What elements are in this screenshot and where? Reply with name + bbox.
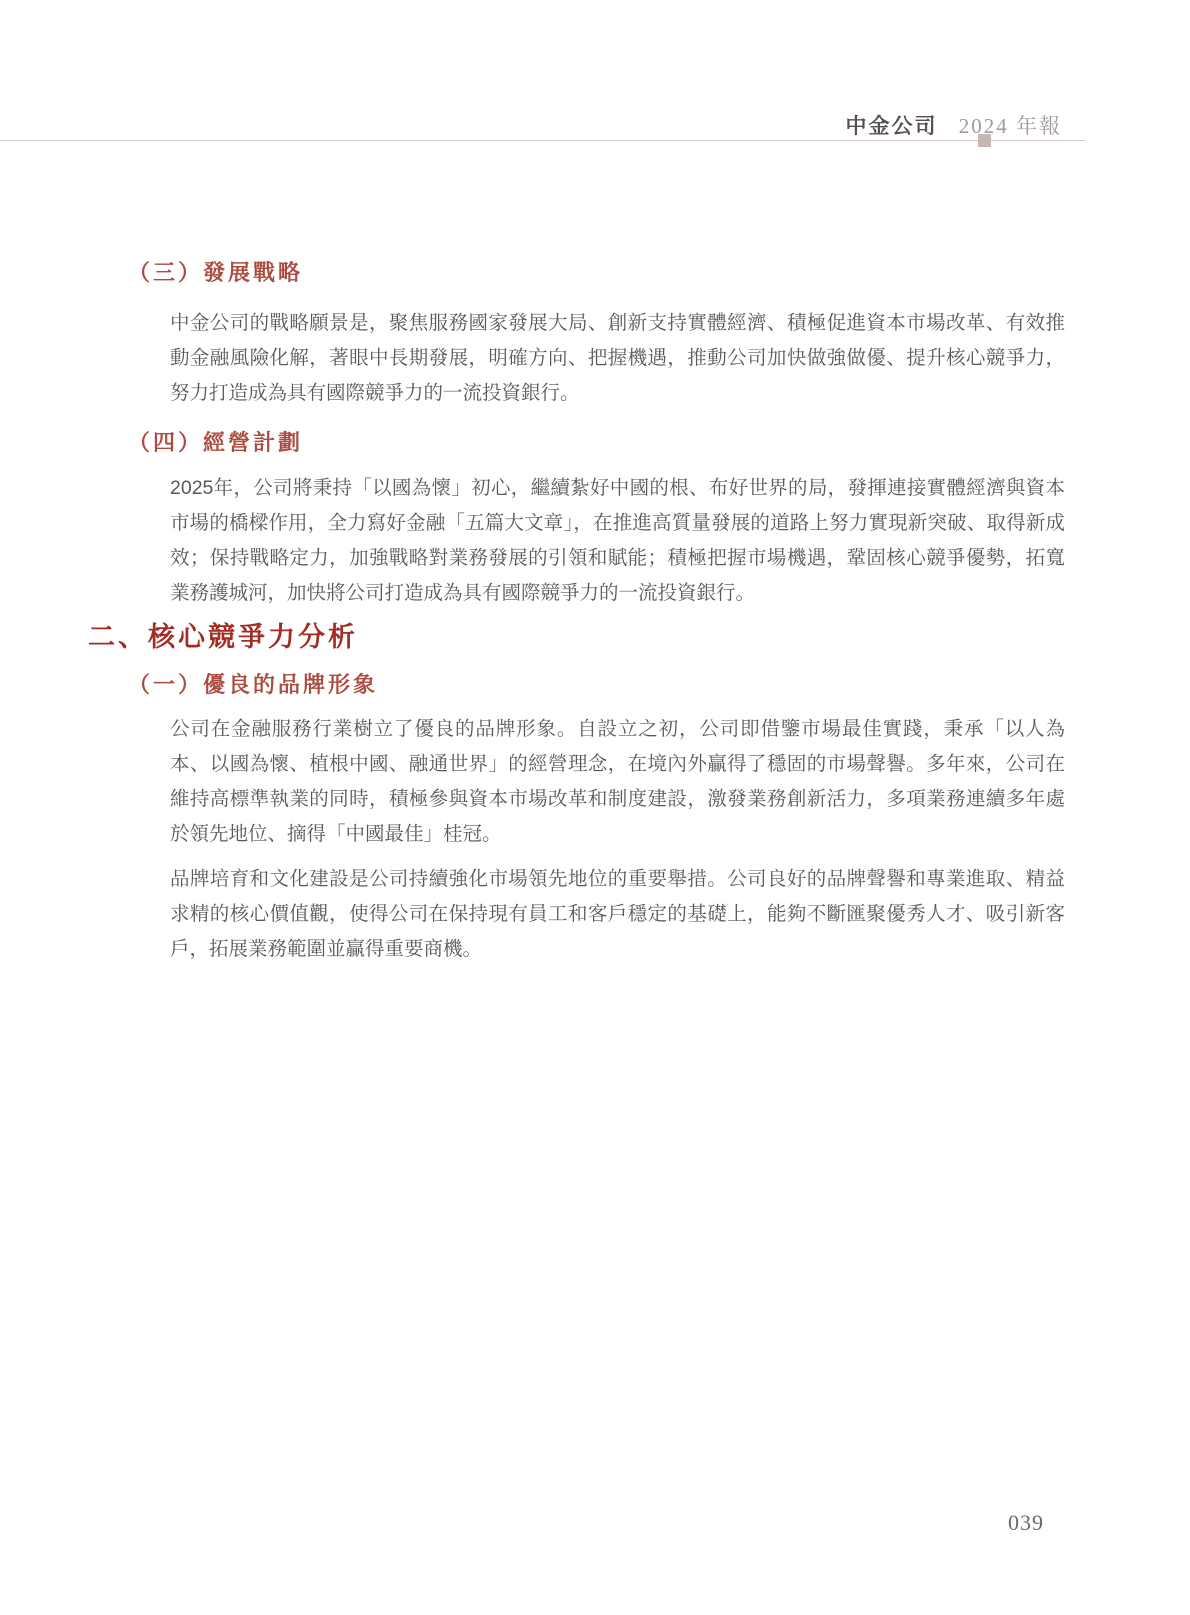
page-number: 039 [1008, 1510, 1044, 1536]
annual-report-page: 中金公司 2024 年報 （三）發展戰略 中金公司的戰略願景是，聚焦服務國家發展… [0, 0, 1190, 1615]
paragraph-brand-image-2: 品牌培育和文化建設是公司持續強化市場領先地位的重要舉措。公司良好的品牌聲譽和專業… [170, 862, 1065, 967]
section-heading-brand-image: （一）優良的品牌形象 [128, 670, 378, 700]
chapter-heading-core-competitiveness: 二、核心競爭力分析 [88, 620, 358, 654]
paragraph-brand-image-1: 公司在金融服務行業樹立了優良的品牌形象。自設立之初，公司即借鑒市場最佳實踐，秉承… [170, 712, 1065, 852]
company-name: 中金公司 [846, 114, 938, 138]
paragraph-development-strategy: 中金公司的戰略願景是，聚焦服務國家發展大局、創新支持實體經濟、積極促進資本市場改… [170, 306, 1065, 411]
report-year: 2024 年報 [959, 114, 1062, 138]
header-divider [0, 140, 1085, 141]
paragraph-business-plan: 2025年，公司將秉持「以國為懷」初心，繼續紮好中國的根、布好世界的局，發揮連接… [170, 471, 1065, 611]
page-header: 中金公司 2024 年報 [846, 110, 1063, 140]
section-heading-development-strategy: （三）發展戰略 [128, 258, 303, 288]
section-heading-business-plan: （四）經營計劃 [128, 428, 303, 458]
divider-square-marker [978, 134, 991, 147]
